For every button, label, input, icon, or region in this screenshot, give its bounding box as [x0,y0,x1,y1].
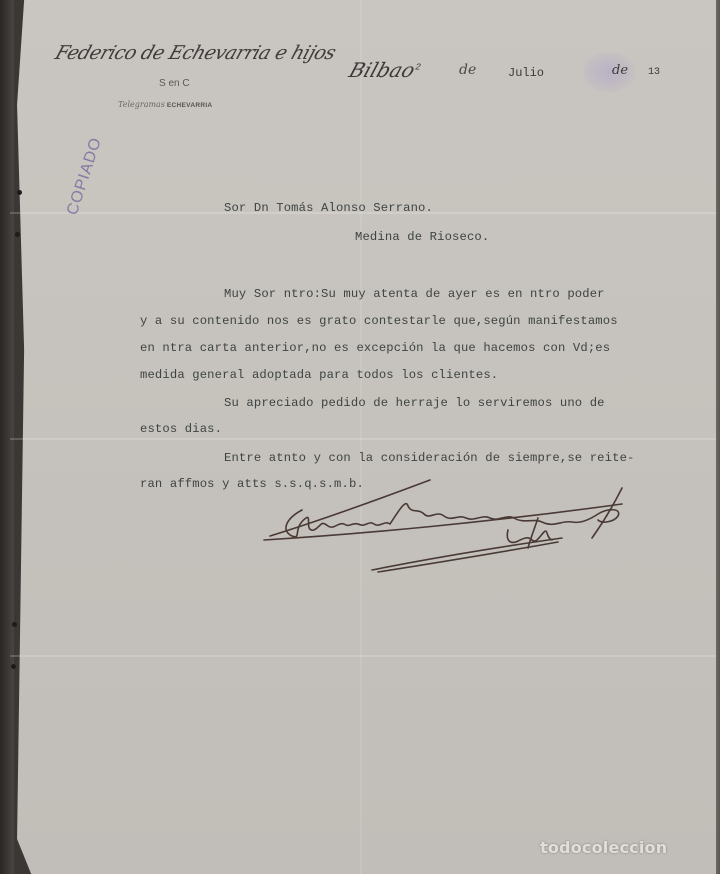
background-left-edge [0,0,14,874]
letterhead-company-name: Federico de Echevarria e hijos [52,42,338,64]
letterhead-company-type: S en C [159,78,190,89]
punch-hole [17,190,22,195]
date-de: de [459,62,476,78]
recipient-city: Medina de Rioseco. [355,230,489,244]
body-line: Su apreciado pedido de herraje lo servir… [224,396,605,410]
closing-line: Entre atnto y con la consideración de si… [224,451,635,465]
paper-fold-line [10,438,716,440]
handwritten-signature [262,478,682,578]
date-city-name: Bilbao [346,58,418,82]
recipient-name: Sor Dn Tomás Alonso Serrano. [224,201,433,215]
telegram-address: ECHEVARRIA [167,102,213,109]
punch-hole [11,664,16,669]
letterhead-telegram: Telegramas ECHEVARRIA [118,100,212,109]
body-line: y a su contenido nos es grato contestarl… [140,314,618,328]
telegram-label: Telegramas [118,100,165,109]
todocoleccion-watermark: todocoleccion [540,838,667,857]
body-line: estos dias. [140,422,222,436]
body-line: medida general adoptada para todos los c… [140,368,498,382]
punch-hole [15,232,20,237]
letter-paper [10,0,716,874]
paper-fold-line [360,0,362,874]
paper-fold-line [10,655,716,657]
date-city: Bilbao2 [346,58,423,82]
date-year: 13 [648,67,660,78]
punch-hole [12,622,17,627]
date-month: Julio [508,66,544,80]
body-line: Muy Sor ntro:Su muy atenta de ayer es en… [224,287,605,301]
date-de-year: de [612,63,628,78]
body-line: en ntra carta anterior,no es excepción l… [140,341,610,355]
